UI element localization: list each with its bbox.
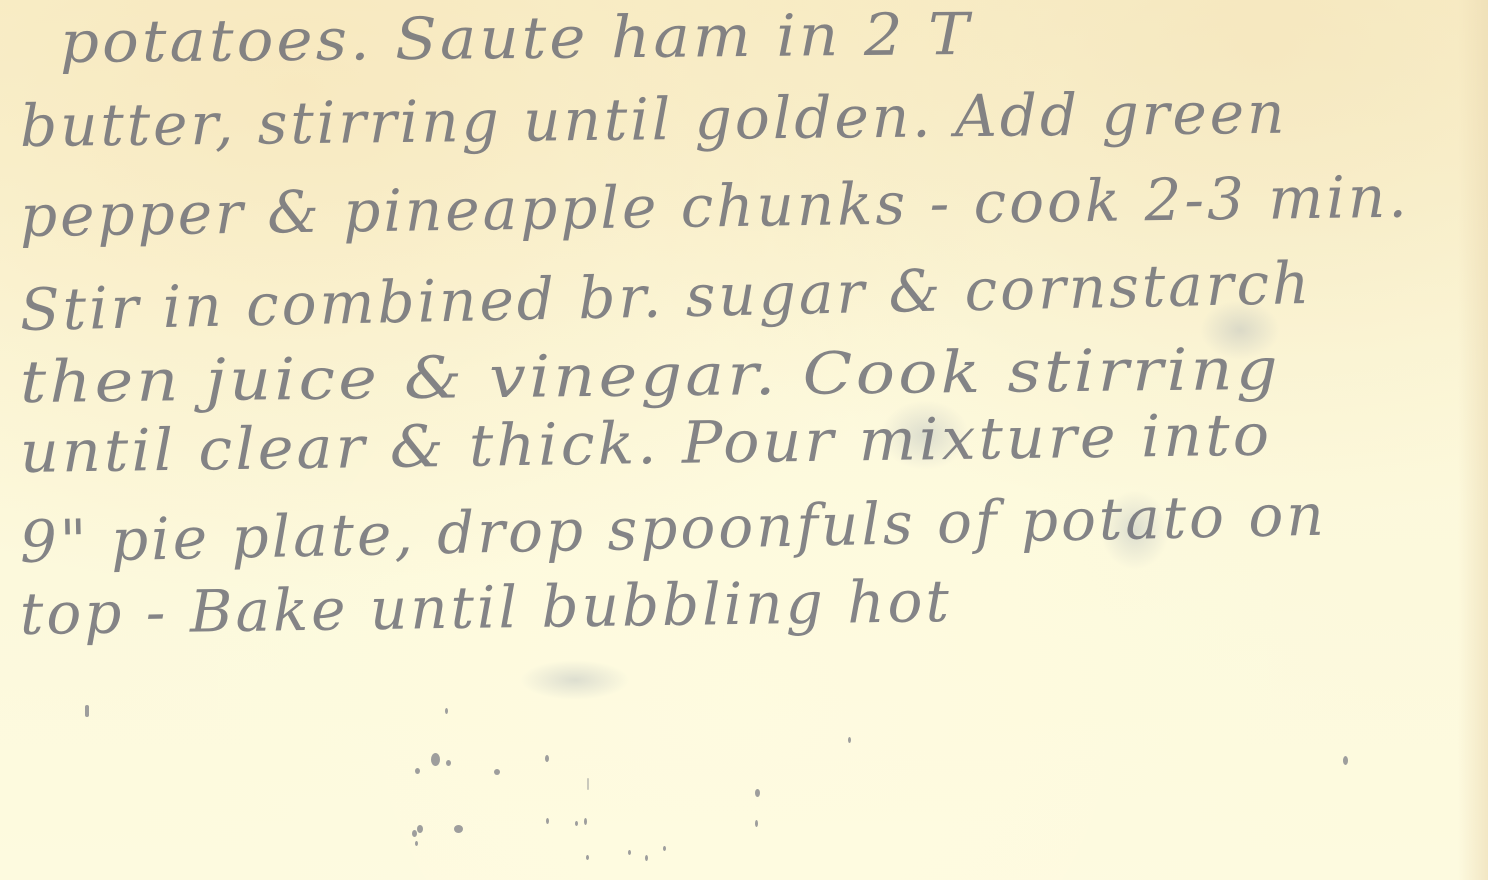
pencil-speck xyxy=(663,846,666,851)
pencil-speck xyxy=(415,768,420,774)
pencil-speck xyxy=(546,818,549,824)
pencil-speck xyxy=(545,755,549,762)
pencil-speck xyxy=(494,769,500,775)
card-edge-shading xyxy=(1458,0,1488,880)
pencil-speck xyxy=(575,821,578,826)
recipe-line-3: pepper & pineapple chunks - cook 2-3 min… xyxy=(20,163,1411,250)
pencil-speck xyxy=(85,705,89,717)
pencil-speck xyxy=(446,760,451,766)
pencil-speck xyxy=(417,825,423,833)
pencil-speck xyxy=(445,708,448,714)
pencil-speck xyxy=(1343,756,1348,765)
recipe-line-2: butter, stirring until golden. Add green xyxy=(20,79,1288,160)
pencil-speck xyxy=(584,818,587,825)
pencil-speck xyxy=(628,850,631,855)
recipe-line-8: top - Bake until bubbling hot xyxy=(20,567,953,648)
pencil-speck xyxy=(431,753,440,766)
pencil-speck xyxy=(586,855,589,860)
recipe-card: potatoes. Saute ham in 2 T butter, stirr… xyxy=(0,0,1488,880)
pencil-speck xyxy=(412,830,417,837)
pencil-speck xyxy=(755,820,758,827)
pencil-speck xyxy=(415,841,418,846)
pencil-speck xyxy=(755,789,760,797)
recipe-line-1: potatoes. Saute ham in 2 T xyxy=(60,0,973,76)
pencil-speck xyxy=(587,778,589,790)
smudge-mark xyxy=(520,660,630,700)
recipe-line-4: Stir in combined br. sugar & cornstarch xyxy=(19,249,1313,344)
pencil-speck xyxy=(645,855,648,861)
pencil-speck xyxy=(454,825,463,833)
pencil-speck xyxy=(848,737,851,743)
